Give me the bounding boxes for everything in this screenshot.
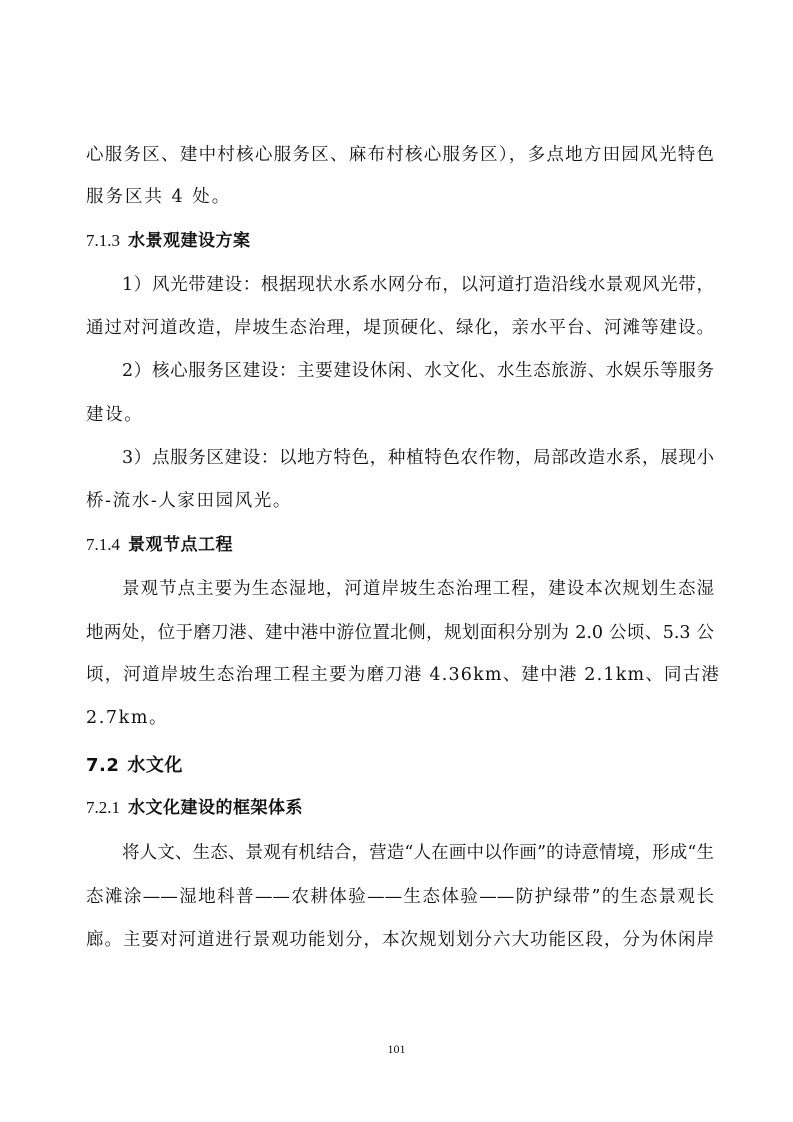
body-text-line: 2.7km。 [86, 707, 714, 729]
body-text-line: 心服务区、建中村核心服务区、麻布村核心服务区），多点地方田园风光特色 [86, 144, 714, 166]
body-text-line: 服务区共 4 处。 [86, 186, 714, 208]
body-text-line: 廊。主要对河道进行景观功能划分，本次规划划分六大功能区段，分为休闲岸 [86, 929, 714, 951]
list-item-line: 2）核心服务区建设：主要建设休闲、水文化、水生态旅游、水娱乐等服务 [86, 360, 714, 382]
body-text-line: 将人文、生态、景观有机结合，营造“人在画中以作画”的诗意情境，形成“生 [86, 842, 714, 864]
section-heading-7-1-4: 7.1.4景观节点工程 [86, 534, 714, 556]
section-number: 7.2.1 [86, 798, 120, 817]
page-number: 101 [0, 1042, 793, 1057]
section-title: 景观节点工程 [128, 535, 233, 555]
section-title: 水景观建设方案 [128, 231, 251, 251]
list-item-line: 1）风光带建设：根据现状水系水网分布，以河道打造沿线水景观风光带， [86, 274, 714, 296]
section-heading-7-2: 7.2水文化 [86, 755, 714, 777]
section-heading-7-1-3: 7.1.3水景观建设方案 [86, 230, 714, 252]
list-item-line: 通过对河道改造，岸坡生态治理，堤顶硬化、绿化，亲水平台、河滩等建设。 [86, 317, 714, 339]
body-text-line: 顷，河道岸坡生态治理工程主要为磨刀港 4.36km、建中港 2.1km、同古港 [86, 664, 714, 686]
section-title: 水文化 [127, 755, 183, 776]
section-heading-7-2-1: 7.2.1水文化建设的框架体系 [86, 797, 714, 819]
list-item-line: 桥-流水-人家田园风光。 [86, 490, 714, 512]
body-text-line: 景观节点主要为生态湿地，河道岸坡生态治理工程，建设本次规划生态湿 [86, 578, 714, 600]
section-number: 7.1.4 [86, 535, 120, 554]
list-item-line: 建设。 [86, 404, 714, 426]
body-text-line: 态滩涂——湿地科普——农耕体验——生态体验——防护绿带”的生态景观长 [86, 886, 714, 908]
section-number: 7.2 [86, 755, 119, 776]
list-item-line: 3）点服务区建设：以地方特色，种植特色农作物，局部改造水系，展现小 [86, 447, 714, 469]
section-number: 7.1.3 [86, 231, 120, 250]
body-text-line: 地两处，位于磨刀港、建中港中游位置北侧，规划面积分别为 2.0 公顷、5.3 公 [86, 622, 714, 644]
section-title: 水文化建设的框架体系 [128, 798, 303, 818]
